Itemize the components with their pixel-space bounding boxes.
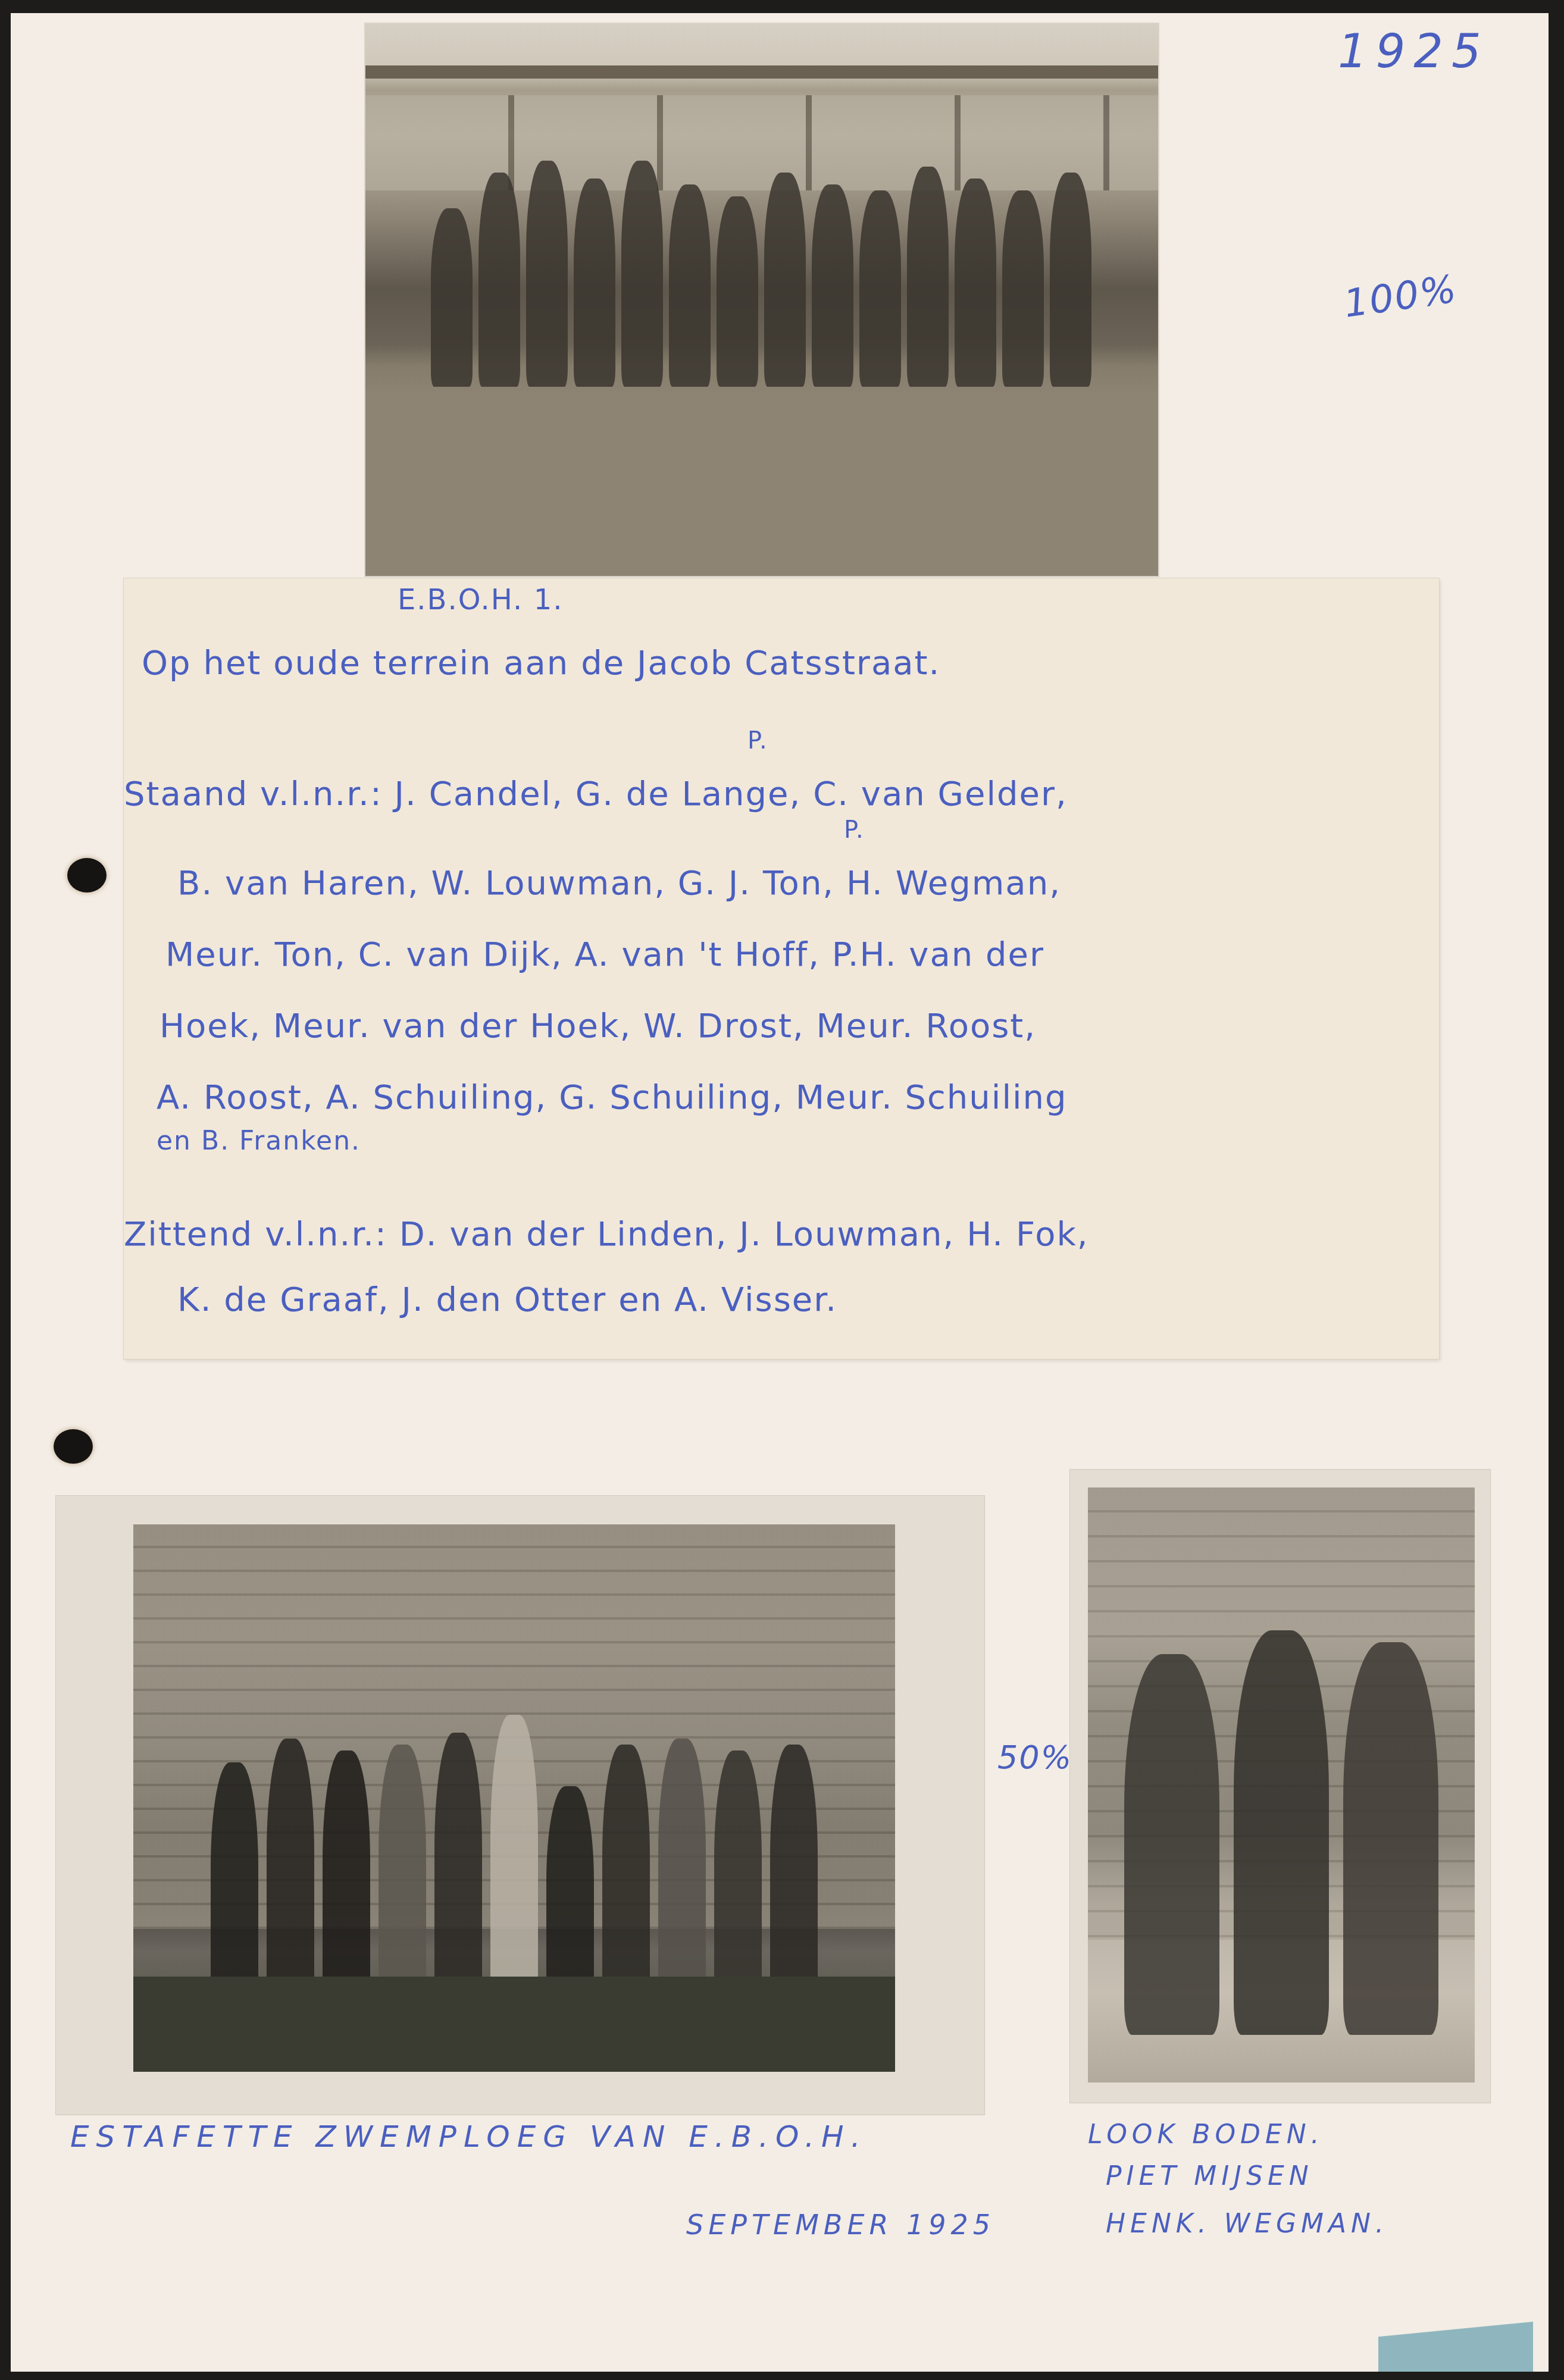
swim-team-group — [169, 1691, 859, 2024]
field-ground — [365, 393, 1158, 576]
punch-hole-lower — [54, 1429, 93, 1464]
swimmers-photo — [1088, 1487, 1475, 2082]
standing-line-6: en B. Franken. — [157, 1126, 361, 1156]
swimmers-photo-mount — [1070, 1470, 1490, 2103]
caption-location: Op het oude terrein aan de Jacob Catsstr… — [142, 644, 940, 682]
goal-crossbar — [365, 65, 1158, 79]
swim-team-photo — [133, 1524, 895, 2072]
swimmer-name-3: HENK. WEGMAN. — [1106, 2209, 1388, 2239]
swimmer-name-1: LOOK BODEN. — [1088, 2119, 1324, 2150]
punch-hole-upper — [67, 858, 107, 892]
swim-team-date: SEPTEMBER 1925 — [686, 2209, 995, 2241]
swim-team-caption: ESTAFETTE ZWEMPLOEG VAN E.B.O.H. — [70, 2119, 868, 2154]
blue-tape — [1378, 2322, 1533, 2372]
standing-line-3: Meur. Ton, C. van Dijk, A. van 't Hoff, … — [165, 935, 1044, 974]
standing-line-4: Hoek, Meur. van der Hoek, W. Drost, Meur… — [159, 1007, 1036, 1045]
standing-line-2: B. van Haren, W. Louwman, G. J. Ton, H. … — [177, 864, 1061, 903]
correction-mark-1: P. — [747, 727, 768, 754]
seated-line-1: Zittend v.l.n.r.: D. van der Linden, J. … — [124, 1215, 1089, 1254]
standing-line-5: A. Roost, A. Schuiling, G. Schuiling, Me… — [157, 1078, 1068, 1117]
correction-mark-2: P. — [844, 816, 865, 844]
swimmers-group — [1112, 1583, 1451, 2035]
percent-note-top: 100% — [1341, 267, 1460, 327]
album-page: 1925 100% E.B.O.H. 1. Op het oude te — [11, 13, 1549, 2372]
caption-card: E.B.O.H. 1. Op het oude terrein aan de J… — [124, 578, 1439, 1359]
plants-foreground — [133, 1977, 895, 2072]
caption-title: E.B.O.H. 1. — [398, 583, 563, 616]
team-photo-top — [365, 24, 1158, 576]
team-group — [389, 137, 1133, 387]
seated-line-2: K. de Graaf, J. den Otter en A. Visser. — [177, 1280, 837, 1319]
swimmer-name-2: PIET MIJSEN — [1106, 2161, 1313, 2191]
standing-line-1: Staand v.l.n.r.: J. Candel, G. de Lange,… — [124, 775, 1068, 813]
percent-note-middle: 50% — [997, 1739, 1072, 1776]
swim-team-photo-mount — [56, 1496, 984, 2115]
year-note: 1925 — [1338, 25, 1490, 79]
